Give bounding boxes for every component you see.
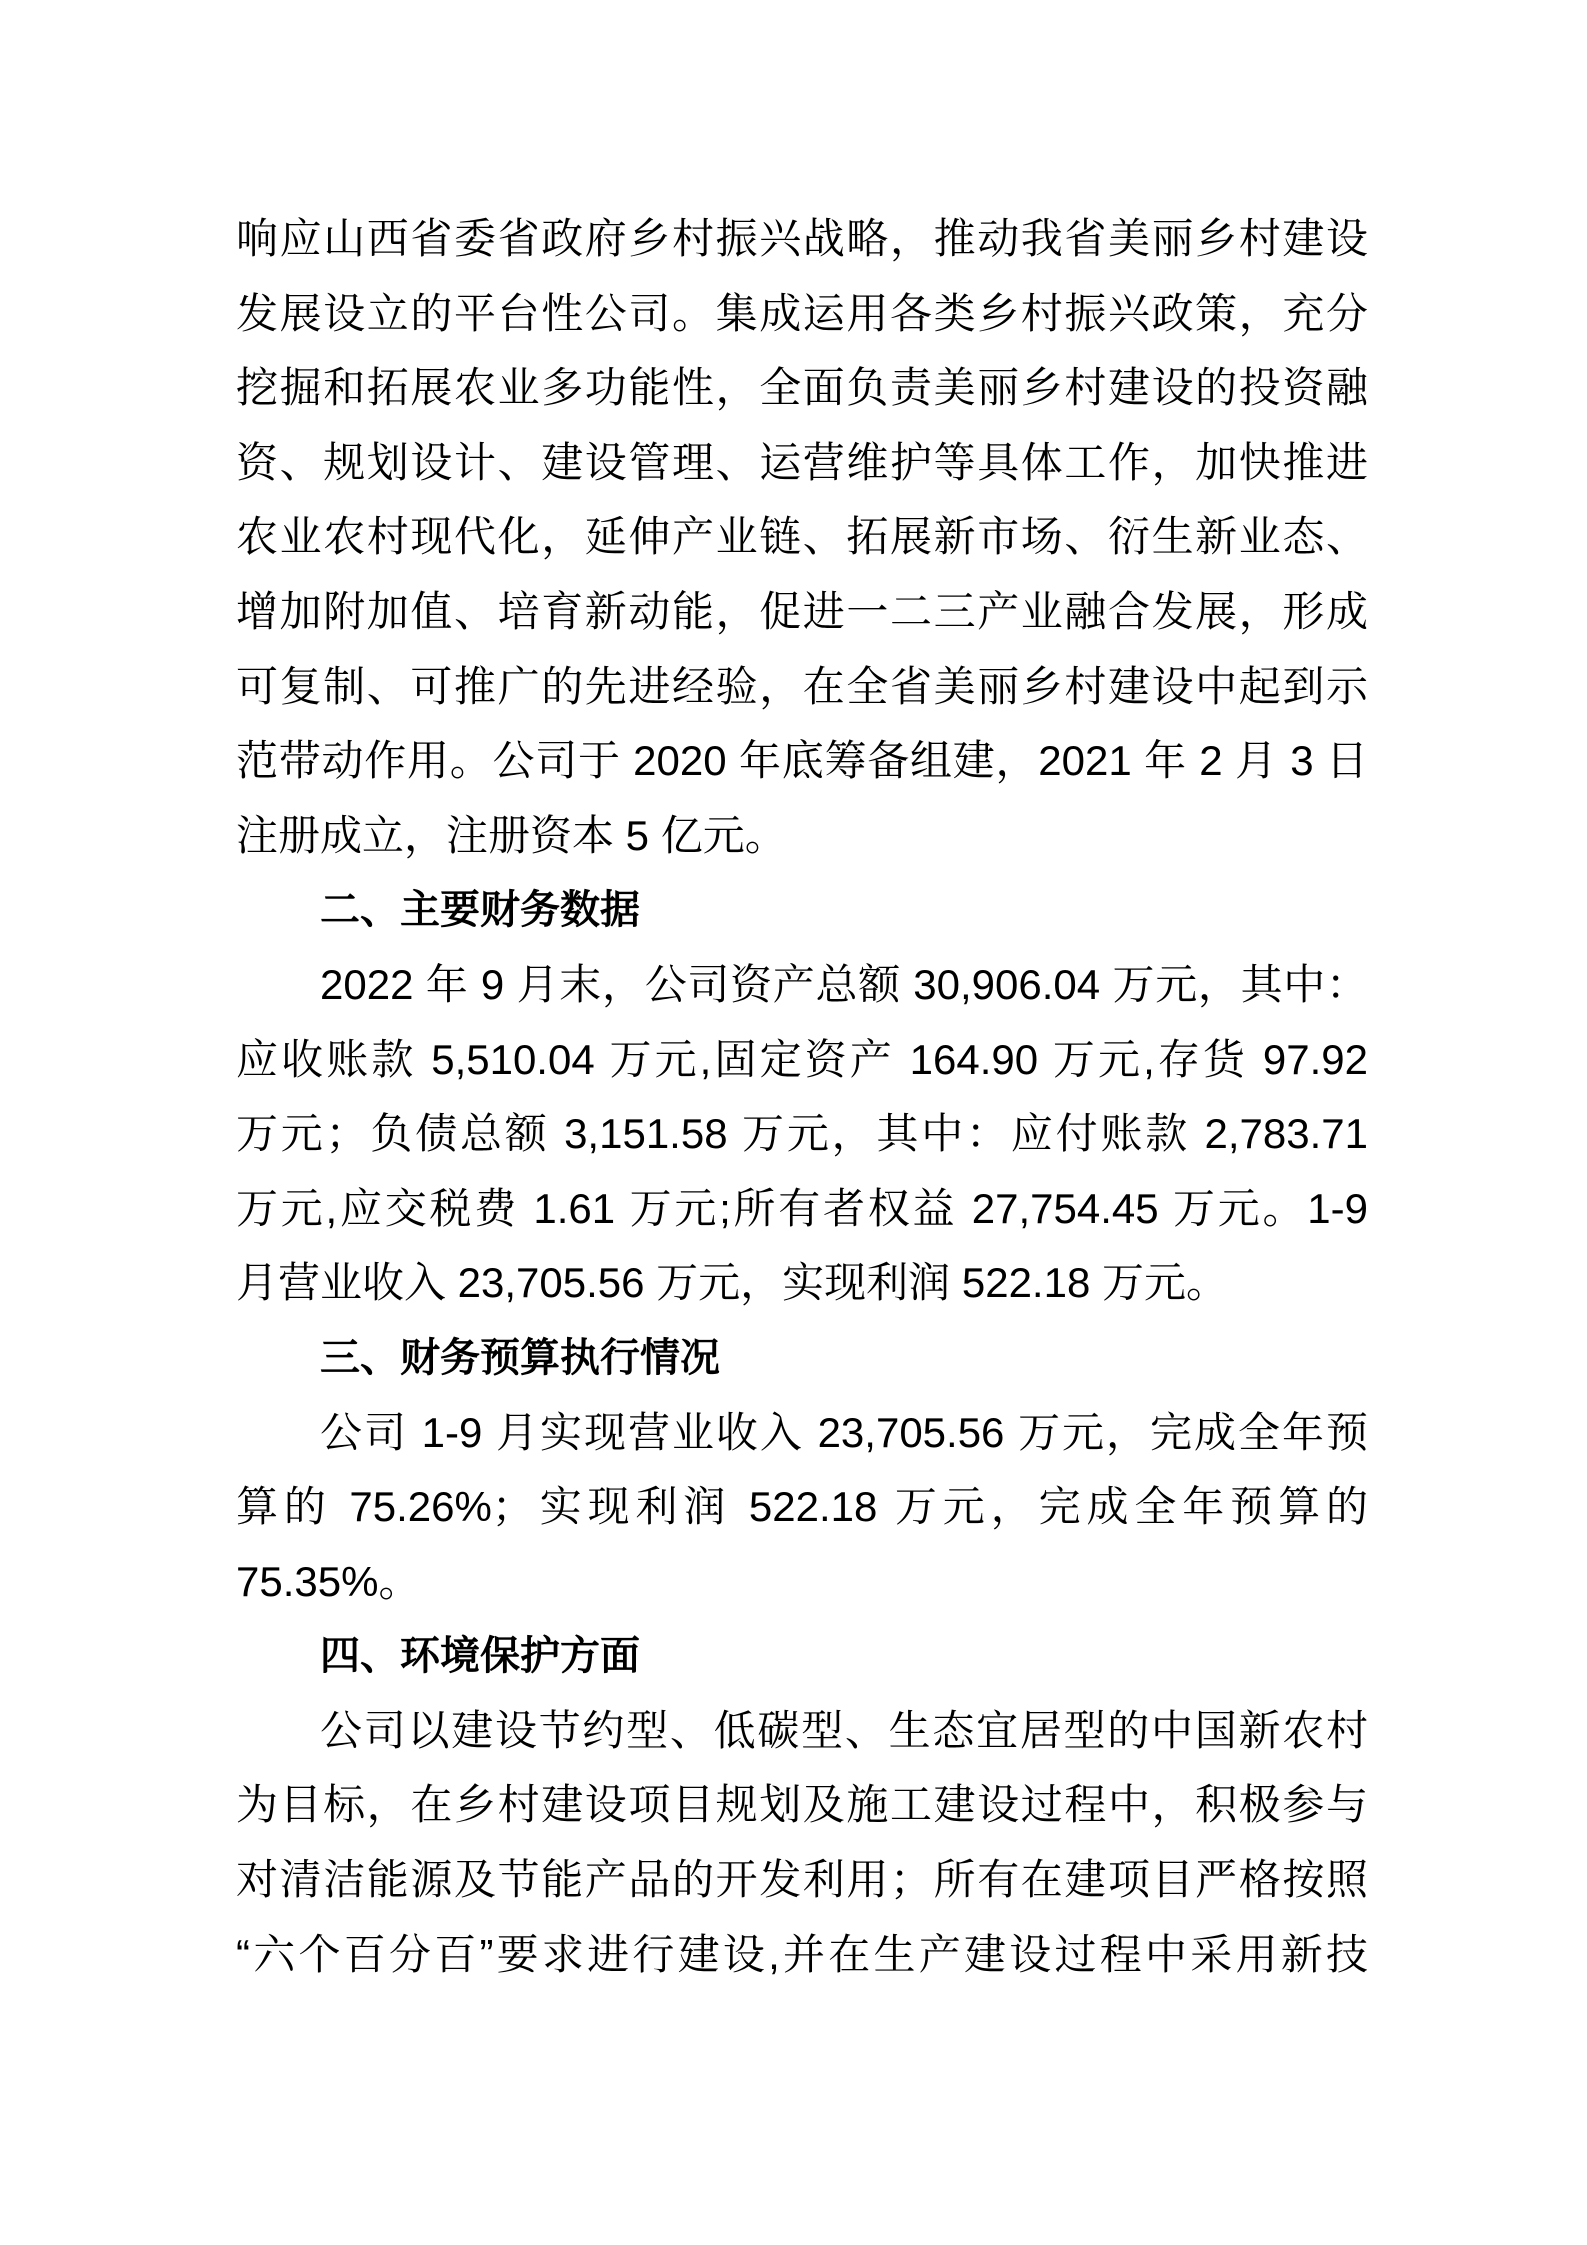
paragraph3-line: 75.35%。 [236, 1545, 1368, 1620]
paragraph4-line: 公司以建设节约型、低碳型、生态宜居型的中国新农村 [236, 1694, 1368, 1769]
heading-budget-execution: 三、财务预算执行情况 [236, 1321, 1368, 1396]
paragraph3-line: 算的 75.26%；实现利润 522.18 万元，完成全年预算的 [236, 1470, 1368, 1545]
paragraph4-line: 对清洁能源及节能产品的开发利用；所有在建项目严格按照 [236, 1843, 1368, 1918]
heading-financial-data: 二、主要财务数据 [236, 873, 1368, 948]
paragraph4-line: “六个百分百”要求进行建设,并在生产建设过程中采用新技 [236, 1918, 1368, 1993]
paragraph1-line: 可复制、可推广的先进经验，在全省美丽乡村建设中起到示 [236, 650, 1368, 725]
paragraph1-line: 增加附加值、培育新动能，促进一二三产业融合发展，形成 [236, 575, 1368, 650]
paragraph1-line: 农业农村现代化，延伸产业链、拓展新市场、衍生新业态、 [236, 500, 1368, 575]
document-text-block: 响应山西省委省政府乡村振兴战略，推动我省美丽乡村建设 发展设立的平台性公司。集成… [236, 202, 1368, 1992]
paragraph2-line: 月营业收入 23,705.56 万元，实现利润 522.18 万元。 [236, 1246, 1368, 1321]
document-page: 响应山西省委省政府乡村振兴战略，推动我省美丽乡村建设 发展设立的平台性公司。集成… [0, 0, 1587, 2245]
paragraph1-line: 范带动作用。公司于 2020 年底筹备组建，2021 年 2 月 3 日 [236, 724, 1368, 799]
paragraph2-line: 2022 年 9 月末，公司资产总额 30,906.04 万元，其中： [236, 948, 1368, 1023]
paragraph1-line: 挖掘和拓展农业多功能性，全面负责美丽乡村建设的投资融 [236, 351, 1368, 426]
paragraph1-line: 注册成立，注册资本 5 亿元。 [236, 799, 1368, 874]
paragraph1-line: 资、规划设计、建设管理、运营维护等具体工作，加快推进 [236, 426, 1368, 501]
paragraph2-line: 万元；负债总额 3,151.58 万元，其中：应付账款 2,783.71 [236, 1097, 1368, 1172]
paragraph2-line: 万元,应交税费 1.61 万元;所有者权益 27,754.45 万元。1-9 [236, 1172, 1368, 1247]
paragraph1-line: 响应山西省委省政府乡村振兴战略，推动我省美丽乡村建设 [236, 202, 1368, 277]
paragraph4-line: 为目标，在乡村建设项目规划及施工建设过程中，积极参与 [236, 1768, 1368, 1843]
heading-environment: 四、环境保护方面 [236, 1619, 1368, 1694]
paragraph2-line: 应收账款 5,510.04 万元,固定资产 164.90 万元,存货 97.92 [236, 1023, 1368, 1098]
paragraph1-line: 发展设立的平台性公司。集成运用各类乡村振兴政策，充分 [236, 277, 1368, 352]
paragraph3-line: 公司 1-9 月实现营业收入 23,705.56 万元，完成全年预 [236, 1396, 1368, 1471]
